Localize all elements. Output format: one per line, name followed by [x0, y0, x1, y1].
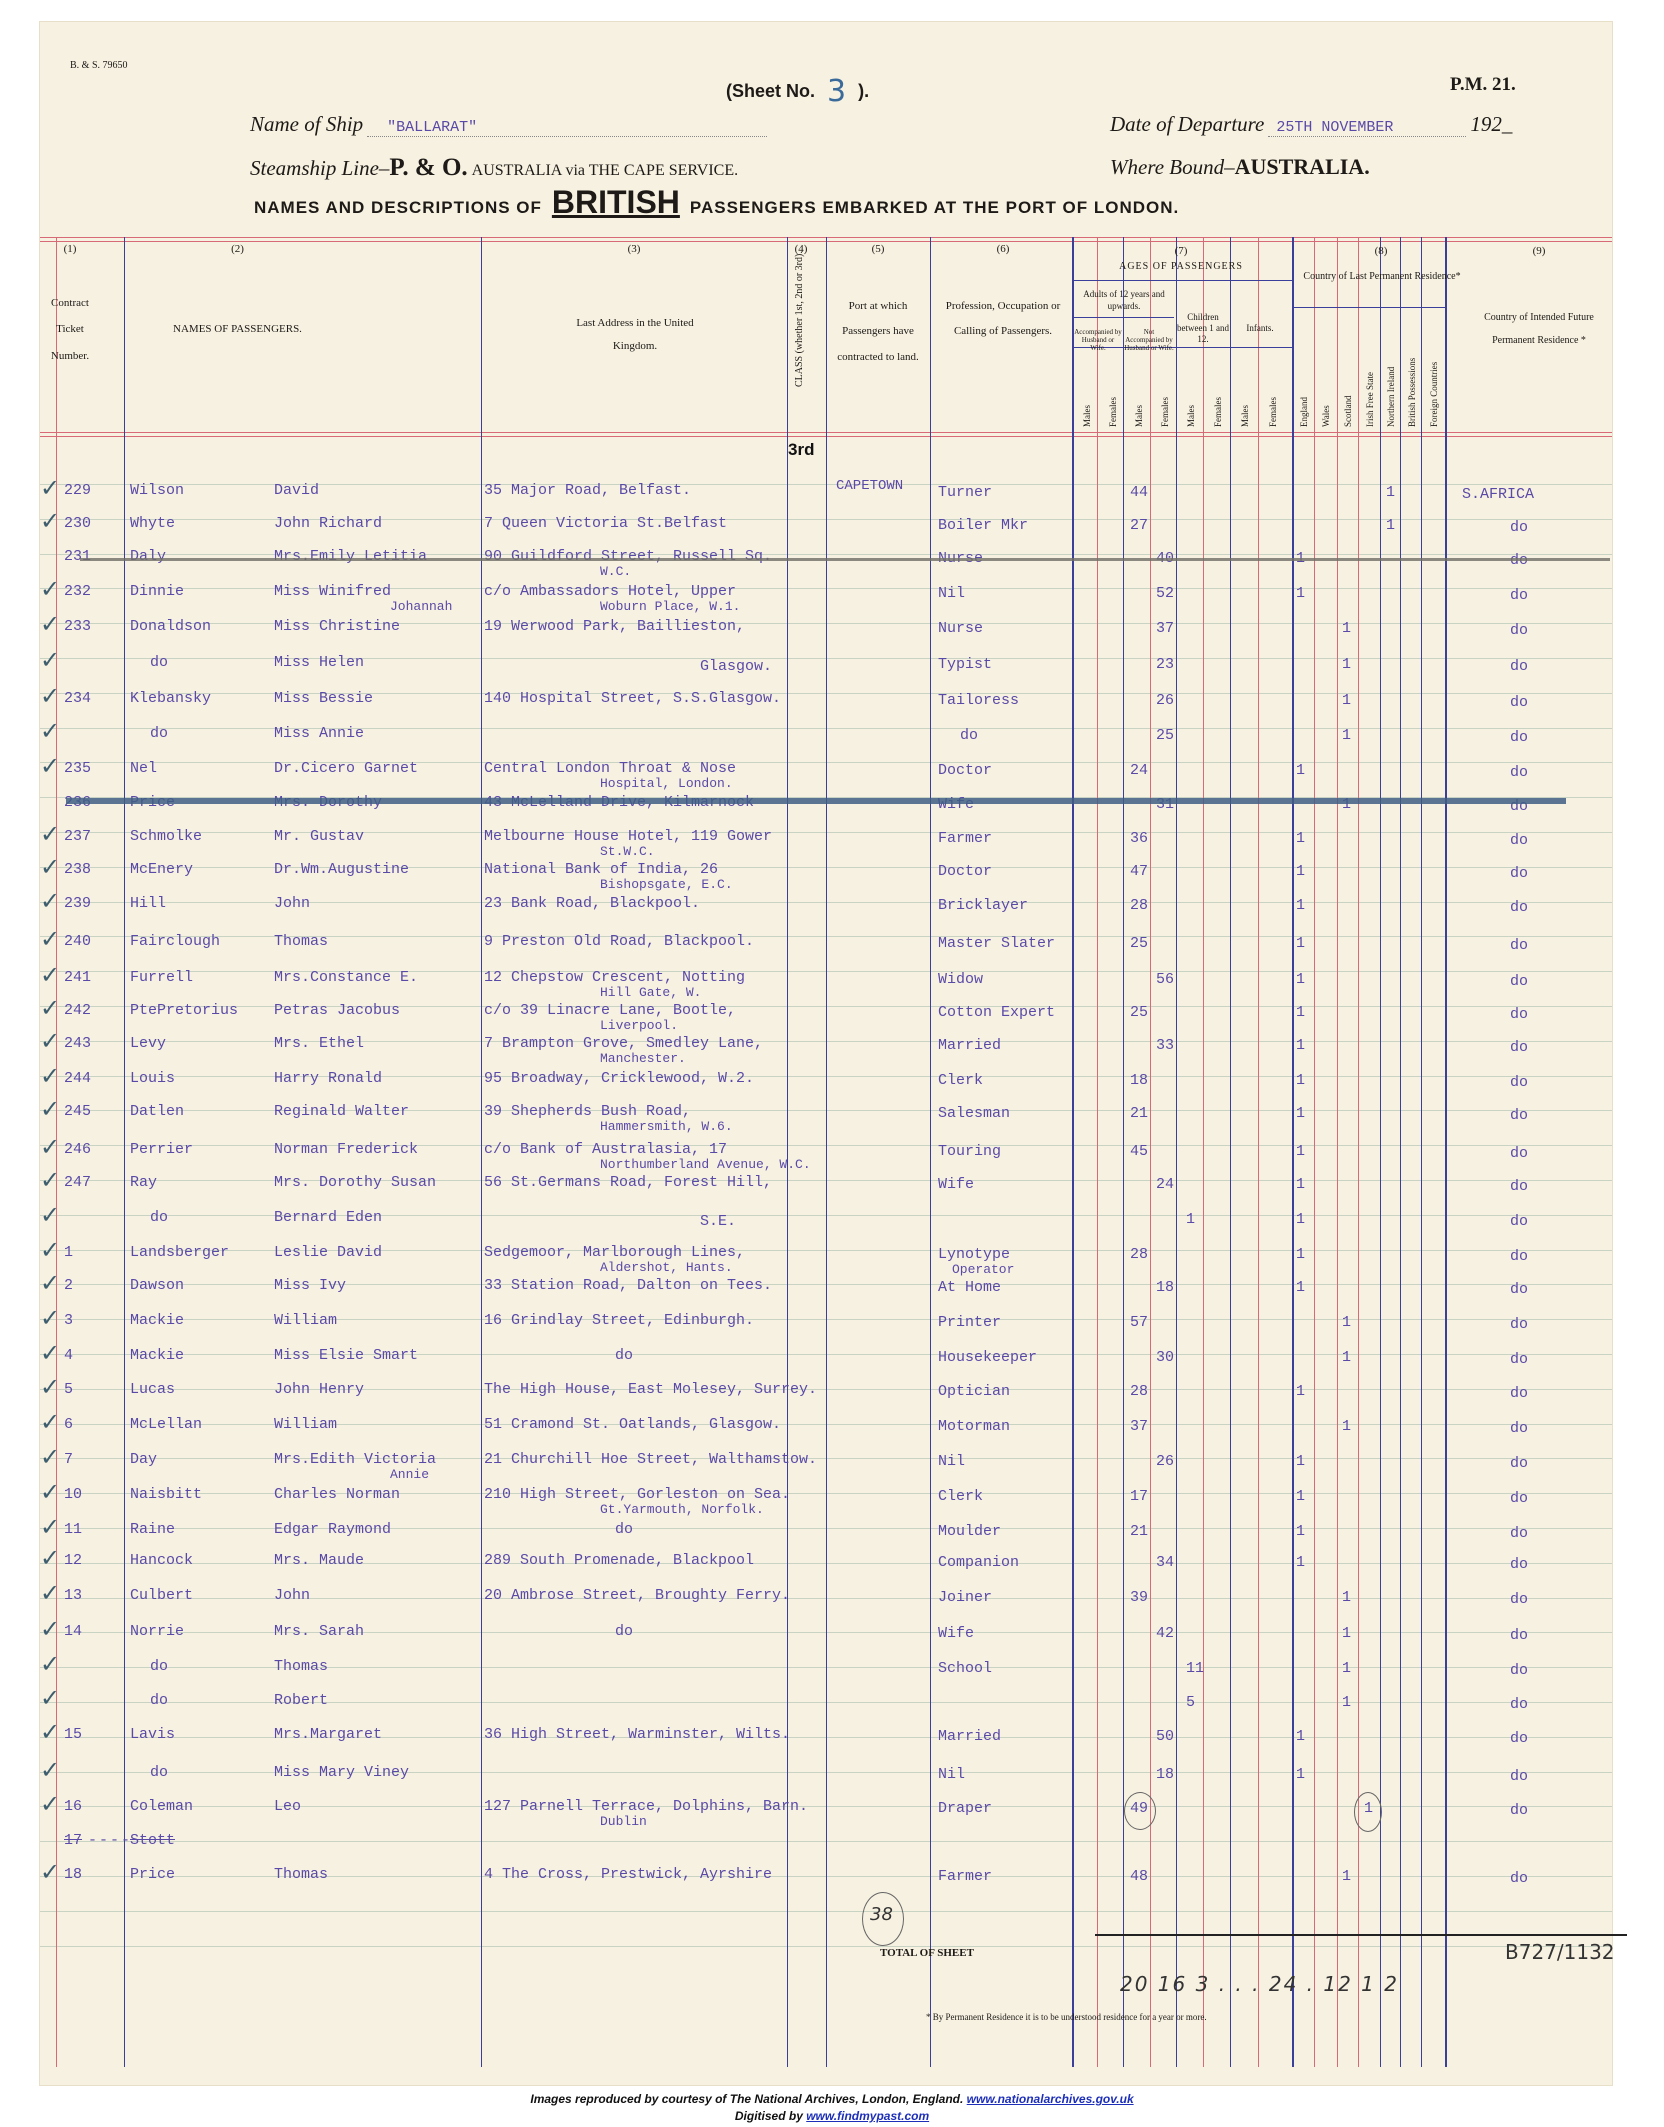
ticket-number: 237	[64, 828, 91, 845]
residence-marker: 1	[1386, 484, 1395, 501]
table-row: ✓242PtePretoriusPetras Jacobusc/o 39 Lin…	[40, 1002, 1612, 1036]
ticket-number: 239	[64, 895, 91, 912]
last-address: 21 Churchill Hoe Street, Walthamstow.	[484, 1451, 817, 1468]
residence-marker: 1	[1296, 1523, 1305, 1540]
archive-reference: B727/1132	[1505, 1940, 1615, 1964]
passenger-age: 33	[1156, 1037, 1174, 1054]
ticket-number: 235	[64, 760, 91, 777]
passenger-given-names: Petras Jacobus	[274, 1002, 400, 1019]
check-mark-icon: ✓	[40, 887, 60, 915]
strike-dashes: ----	[88, 1832, 132, 1849]
table-row: ✓234KlebanskyMiss Bessie140 Hospital Str…	[40, 690, 1612, 724]
passenger-surname: Dinnie	[130, 583, 184, 600]
passenger-age: 26	[1156, 692, 1174, 709]
passenger-surname: do	[150, 725, 168, 742]
table-row: ✓238McEneryDr.Wm.AugustineNational Bank …	[40, 861, 1612, 895]
future-residence: do	[1510, 937, 1528, 954]
col-residence-sub-2: Scotland	[1343, 322, 1353, 427]
passenger-age: 21	[1130, 1105, 1148, 1122]
future-residence: do	[1510, 832, 1528, 849]
col-age-sub-6: Males	[1240, 357, 1250, 427]
passenger-given-names: David	[274, 482, 319, 499]
future-residence: do	[1510, 865, 1528, 882]
check-mark-icon: ✓	[40, 1095, 60, 1123]
residence-marker: 1	[1296, 1004, 1305, 1021]
residence-marker: 1	[1342, 692, 1351, 709]
passenger-surname: Dawson	[130, 1277, 184, 1294]
table-row: ✓240FaircloughThomas9 Preston Old Road, …	[40, 933, 1612, 967]
passenger-surname: Nel	[130, 760, 157, 777]
passenger-age: 57	[1130, 1314, 1148, 1331]
table-row: ✓230WhyteJohn Richard7 Queen Victoria St…	[40, 515, 1612, 549]
check-mark-icon: ✓	[40, 682, 60, 710]
passenger-age: 56	[1156, 971, 1174, 988]
table-row: ✓7DayMrs.Edith VictoriaAnnie21 Churchill…	[40, 1451, 1612, 1485]
form-code: B. & S. 79650	[70, 60, 128, 71]
future-residence: do	[1510, 1556, 1528, 1573]
totals-label: TOTAL OF SHEET	[880, 1947, 974, 1959]
col-age-sub-7: Females	[1268, 357, 1278, 427]
check-mark-icon: ✓	[40, 961, 60, 989]
credit-line-2: Digitised by www.findmypast.com	[0, 2109, 1664, 2123]
passenger-age: 28	[1130, 1383, 1148, 1400]
occupation: Nurse	[938, 620, 983, 637]
last-address-cont: W.C.	[600, 564, 631, 579]
passenger-surname: Levy	[130, 1035, 166, 1052]
where-bound: Where Bound–AUSTRALIA.	[1110, 154, 1370, 180]
last-address-cont: Northumberland Avenue, W.C.	[600, 1157, 811, 1172]
check-mark-icon: ✓	[40, 646, 60, 674]
future-residence: do	[1510, 1316, 1528, 1333]
col-future-residence-header: Country of Intended Future Permanent Res…	[1474, 306, 1604, 352]
passenger-age: 45	[1130, 1143, 1148, 1160]
check-mark-icon: ✓	[40, 1062, 60, 1090]
passenger-surname: Lavis	[130, 1726, 175, 1743]
residence-marker: 1	[1296, 1728, 1305, 1745]
check-mark-icon: ✓	[40, 474, 60, 502]
passenger-surname: Schmolke	[130, 828, 202, 845]
passenger-surname: Landsberger	[130, 1244, 229, 1261]
passenger-age: 36	[1130, 830, 1148, 847]
future-residence: do	[1510, 1627, 1528, 1644]
table-row: ✓3MackieWilliam16 Grindlay Street, Edinb…	[40, 1312, 1612, 1346]
last-address-cont: Hill Gate, W.	[600, 985, 701, 1000]
col-residence-sub-6: Foreign Countries	[1429, 322, 1439, 427]
occupation: Boiler Mkr	[938, 517, 1028, 534]
check-mark-icon: ✓	[40, 1304, 60, 1332]
ticket-number: 238	[64, 861, 91, 878]
ticket-number: 5	[64, 1381, 73, 1398]
passenger-given-names: Miss Winifred	[274, 583, 391, 600]
future-residence: do	[1510, 1248, 1528, 1265]
passenger-given-names: William	[274, 1312, 337, 1329]
check-mark-icon: ✓	[40, 1756, 60, 1784]
last-address: 7 Queen Victoria St.Belfast	[484, 515, 727, 532]
passenger-age: 25	[1156, 727, 1174, 744]
future-residence: do	[1510, 1525, 1528, 1542]
future-residence: do	[1510, 1074, 1528, 1091]
occupation: Printer	[938, 1314, 1001, 1331]
residence-marker: 1	[1342, 1868, 1351, 1885]
passenger-age: 24	[1130, 762, 1148, 779]
ticket-number: 12	[64, 1552, 82, 1569]
passenger-age: 18	[1156, 1279, 1174, 1296]
ticket-number: 1	[64, 1244, 73, 1261]
last-address: Glasgow.	[700, 658, 772, 675]
passenger-surname: Wilson	[130, 482, 184, 499]
occupation: Widow	[938, 971, 983, 988]
table-row: ✓245DatlenReginald Walter39 Shepherds Bu…	[40, 1103, 1612, 1137]
passenger-surname: Donaldson	[130, 618, 211, 635]
passenger-given-names: Mrs. Dorothy Susan	[274, 1174, 436, 1191]
last-address: 12 Chepstow Crescent, Notting	[484, 969, 745, 986]
passenger-surname: PtePretorius	[130, 1002, 238, 1019]
col-names-header: NAMES OF PASSENGERS.	[125, 322, 350, 337]
ship-name: "BALLARAT"	[367, 119, 767, 137]
future-residence: do	[1510, 658, 1528, 675]
passenger-surname: Klebansky	[130, 690, 211, 707]
passenger-given-names: Norman Frederick	[274, 1141, 418, 1158]
residence-marker: 1	[1296, 1143, 1305, 1160]
passenger-given-names: Miss Bessie	[274, 690, 373, 707]
col-occupation-header: Profession, Occupation or Calling of Pas…	[938, 294, 1068, 345]
table-row: ✓229WilsonDavid35 Major Road, Belfast.Tu…	[40, 482, 1612, 516]
residence-marker: 1	[1342, 620, 1351, 637]
passenger-given-names: Thomas	[274, 1866, 328, 1883]
check-mark-icon: ✓	[40, 994, 60, 1022]
passenger-given-names: John Henry	[274, 1381, 364, 1398]
count-annotation: 38	[870, 1904, 893, 1925]
col-port-header: Port at which Passengers have contracted…	[828, 294, 928, 370]
last-address: 51 Cramond St. Oatlands, Glasgow.	[484, 1416, 781, 1433]
occupation: Salesman	[938, 1105, 1010, 1122]
col-address-header: Last Address in the United Kingdom.	[560, 312, 710, 358]
last-address: 20 Ambrose Street, Broughty Ferry.	[484, 1587, 790, 1604]
passenger-given-names: Charles Norman	[274, 1486, 400, 1503]
ticket-number: 245	[64, 1103, 91, 1120]
future-residence: do	[1510, 622, 1528, 639]
passenger-age: 24	[1156, 1176, 1174, 1193]
passenger-given-names: Thomas	[274, 933, 328, 950]
passenger-given-names: Mrs. Maude	[274, 1552, 364, 1569]
residence-marker: 1	[1296, 830, 1305, 847]
residence-marker: 1	[1342, 1418, 1351, 1435]
occupation: School	[938, 1660, 992, 1677]
table-row: ✓doThomasSchool111do	[40, 1658, 1612, 1692]
occupation: Married	[938, 1728, 1001, 1745]
footnote: * By Permanent Residence it is to be und…	[926, 2012, 1207, 2022]
last-address: 95 Broadway, Cricklewood, W.2.	[484, 1070, 754, 1087]
passenger-surname: Coleman	[130, 1798, 193, 1815]
ticket-number: 7	[64, 1451, 73, 1468]
passenger-surname: Hill	[130, 895, 166, 912]
future-residence: do	[1510, 694, 1528, 711]
passenger-age: 18	[1130, 1072, 1148, 1089]
passenger-surname: McLellan	[130, 1416, 202, 1433]
last-address-cont: Hammersmith, W.6.	[600, 1119, 733, 1134]
table-row: ✓241FurrellMrs.Constance E.12 Chepstow C…	[40, 969, 1612, 1003]
occupation: Tailoress	[938, 692, 1019, 709]
ticket-number: 10	[64, 1486, 82, 1503]
occupation: Optician	[938, 1383, 1010, 1400]
residence-marker: 1	[1342, 727, 1351, 744]
age-circle	[1124, 1792, 1156, 1830]
credit-line-1: Images reproduced by courtesy of The Nat…	[0, 2092, 1664, 2106]
residence-marker: 1	[1296, 863, 1305, 880]
passenger-surname: do	[150, 1764, 168, 1781]
passenger-surname: Naisbitt	[130, 1486, 202, 1503]
table-row: ✓6McLellanWilliam51 Cramond St. Oatlands…	[40, 1416, 1612, 1450]
findmypast-link[interactable]: www.findmypast.com	[806, 2109, 929, 2123]
future-residence: do	[1510, 587, 1528, 604]
ticket-number: 229	[64, 482, 91, 499]
ticket-number: 11	[64, 1521, 82, 1538]
table-row: ✓10NaisbittCharles Norman210 High Street…	[40, 1486, 1612, 1520]
passenger-given-names: Miss Christine	[274, 618, 400, 635]
passenger-age: 11	[1186, 1660, 1204, 1677]
check-mark-icon: ✓	[40, 1027, 60, 1055]
occupation: Nil	[938, 585, 965, 602]
future-residence: do	[1510, 1420, 1528, 1437]
table-row: ✓4MackieMiss Elsie SmartdoHousekeeper301…	[40, 1347, 1612, 1381]
check-mark-icon: ✓	[40, 1544, 60, 1572]
passenger-given-names: Reginald Walter	[274, 1103, 409, 1120]
residence-marker: 1	[1296, 935, 1305, 952]
last-address: National Bank of India, 26	[484, 861, 718, 878]
passenger-age: 42	[1156, 1625, 1174, 1642]
table-row: ✓doMiss Mary VineyNil181do	[40, 1764, 1612, 1798]
check-mark-icon: ✓	[40, 752, 60, 780]
last-address-cont: Dublin	[600, 1814, 647, 1829]
ticket-number: 231	[64, 548, 91, 565]
ticket-number: 232	[64, 583, 91, 600]
passenger-surname: do	[150, 1692, 168, 1709]
last-address: 56 St.Germans Road, Forest Hill,	[484, 1174, 772, 1191]
check-mark-icon: ✓	[40, 1269, 60, 1297]
last-address-cont: Bishopsgate, E.C.	[600, 877, 733, 892]
passenger-surname: Norrie	[130, 1623, 184, 1640]
ticket-number: 234	[64, 690, 91, 707]
check-mark-icon: ✓	[40, 1166, 60, 1194]
totals-values: 20 16 3 . . . 24 . 12 1 2	[1120, 1972, 1399, 1996]
future-residence: do	[1510, 1662, 1528, 1679]
passenger-surname: do	[150, 1658, 168, 1675]
last-address-cont: Aldershot, Hants.	[600, 1260, 733, 1275]
passenger-surname: Raine	[130, 1521, 175, 1538]
residence-marker: 1	[1296, 1072, 1305, 1089]
passenger-surname: Ray	[130, 1174, 157, 1191]
future-residence: do	[1510, 1006, 1528, 1023]
occupation: Bricklayer	[938, 897, 1028, 914]
passenger-surname: Whyte	[130, 515, 175, 532]
future-residence: do	[1510, 519, 1528, 536]
passenger-age: 28	[1130, 1246, 1148, 1263]
last-address: Melbourne House Hotel, 119 Gower	[484, 828, 772, 845]
ticket-number: 241	[64, 969, 91, 986]
residence-marker: 1	[1296, 1176, 1305, 1193]
passenger-age: 26	[1156, 1453, 1174, 1470]
passenger-surname: Daly	[130, 548, 166, 565]
future-residence: do	[1510, 1802, 1528, 1819]
ticket-number: 244	[64, 1070, 91, 1087]
last-address-cont: St.W.C.	[600, 844, 655, 859]
table-row: ✓235NelDr.Cicero GarnetCentral London Th…	[40, 760, 1612, 794]
residence-marker: 1	[1296, 1488, 1305, 1505]
departure-date: 25TH NOVEMBER	[1268, 119, 1466, 137]
col-residence-sub-1: Wales	[1321, 322, 1331, 427]
col-residence-header: Country of Last Permanent Residence*	[1302, 267, 1462, 286]
check-mark-icon: ✓	[40, 1408, 60, 1436]
page-title: NAMES AND DESCRIPTIONS OFBRITISHPASSENGE…	[254, 184, 1179, 221]
passenger-age: 25	[1130, 1004, 1148, 1021]
ticket-number: 13	[64, 1587, 82, 1604]
sheet-number: (Sheet No.3).	[726, 74, 869, 109]
passenger-given-names: Miss Annie	[274, 725, 364, 742]
col-ages-header: AGES OF PASSENGERS	[1072, 260, 1290, 274]
residence-marker: 1	[1296, 1766, 1305, 1783]
last-address: S.E.	[700, 1213, 736, 1230]
passenger-age: 44	[1130, 484, 1148, 501]
check-mark-icon: ✓	[40, 925, 60, 953]
passenger-given-names: Bernard Eden	[274, 1209, 382, 1226]
last-address: 16 Grindlay Street, Edinburgh.	[484, 1312, 754, 1329]
passenger-surname: Louis	[130, 1070, 175, 1087]
departure-line: Date of Departure 25TH NOVEMBER 192_	[1110, 112, 1512, 137]
col-age-sub-5: Females	[1213, 357, 1223, 427]
passenger-given-names-cont: Johannah	[390, 599, 452, 614]
passenger-age: 17	[1130, 1488, 1148, 1505]
nationalarchives-link[interactable]: www.nationalarchives.gov.uk	[967, 2092, 1134, 2106]
passenger-given-names: Dr.Cicero Garnet	[274, 760, 418, 777]
passenger-age: 27	[1130, 517, 1148, 534]
table-row: ✓11RaineEdgar RaymonddoMoulder211do	[40, 1521, 1612, 1555]
ticket-number: 240	[64, 933, 91, 950]
passenger-surname: Mackie	[130, 1312, 184, 1329]
residence-marker: 1	[1296, 762, 1305, 779]
passenger-age: 52	[1156, 585, 1174, 602]
passenger-given-names: Harry Ronald	[274, 1070, 382, 1087]
future-residence: do	[1510, 973, 1528, 990]
passenger-given-names: Mrs.Edith Victoria	[274, 1451, 436, 1468]
col-residence-sub-4: Northern Ireland	[1386, 322, 1396, 427]
col-residence-sub-5: British Possessions	[1407, 322, 1417, 427]
passenger-surname: do	[150, 1209, 168, 1226]
residence-marker: 1	[1296, 1211, 1305, 1228]
last-address: do	[615, 1521, 633, 1538]
ticket-number: 4	[64, 1347, 73, 1364]
occupation: do	[960, 727, 978, 744]
last-address: 36 High Street, Warminster, Wilts.	[484, 1726, 790, 1743]
future-residence: do	[1510, 1039, 1528, 1056]
check-mark-icon: ✓	[40, 1236, 60, 1264]
future-residence: S.AFRICA	[1462, 486, 1534, 503]
passenger-surname: Stott	[130, 1832, 175, 1849]
future-residence: do	[1510, 1178, 1528, 1195]
passenger-age: 39	[1130, 1589, 1148, 1606]
ticket-number: 243	[64, 1035, 91, 1052]
col-age-sub-4: Males	[1186, 357, 1196, 427]
passenger-given-names: Miss Helen	[274, 654, 364, 671]
passenger-surname: do	[150, 654, 168, 671]
occupation: Turner	[938, 484, 992, 501]
check-mark-icon: ✓	[40, 717, 60, 745]
table-row: ✓12HancockMrs. Maude289 South Promenade,…	[40, 1552, 1612, 1586]
last-address-cont: Liverpool.	[600, 1018, 678, 1033]
passenger-surname: Lucas	[130, 1381, 175, 1398]
occupation: At Home	[938, 1279, 1001, 1296]
occupation: Motorman	[938, 1418, 1010, 1435]
residence-marker: 1	[1342, 1349, 1351, 1366]
passenger-given-names: John Richard	[274, 515, 382, 532]
residence-marker: 1	[1296, 1279, 1305, 1296]
check-mark-icon: ✓	[40, 1373, 60, 1401]
table-row: ✓14NorrieMrs. SarahdoWife421do	[40, 1623, 1612, 1657]
table-row: ✓1LandsbergerLeslie DavidSedgemoor, Marl…	[40, 1244, 1612, 1278]
check-mark-icon: ✓	[40, 1201, 60, 1229]
table-row: ✓18PriceThomas4 The Cross, Prestwick, Ay…	[40, 1866, 1612, 1900]
check-mark-icon: ✓	[40, 1650, 60, 1678]
occupation-cont: Operator	[952, 1262, 1014, 1277]
class-value: 3rd	[788, 440, 814, 460]
passenger-given-names: Mr. Gustav	[274, 828, 364, 845]
ticket-number: 3	[64, 1312, 73, 1329]
form-reference: P.M. 21.	[1450, 74, 1516, 96]
last-address: 90 Guildford Street, Russell Sq.	[484, 548, 772, 565]
passenger-given-names-cont: Annie	[390, 1467, 429, 1482]
passenger-surname: Furrell	[130, 969, 193, 986]
passenger-given-names: Leslie David	[274, 1244, 382, 1261]
last-address-cont: Woburn Place, W.1.	[600, 599, 740, 614]
table-row: ✓244LouisHarry Ronald95 Broadway, Crickl…	[40, 1070, 1612, 1104]
residence-marker: 1	[1296, 1453, 1305, 1470]
occupation: Housekeeper	[938, 1349, 1037, 1366]
ticket-number: 230	[64, 515, 91, 532]
table-row: ✓237SchmolkeMr. GustavMelbourne House Ho…	[40, 828, 1612, 862]
check-mark-icon: ✓	[40, 820, 60, 848]
table-row: ✓5LucasJohn HenryThe High House, East Mo…	[40, 1381, 1612, 1415]
residence-marker: 1	[1296, 1105, 1305, 1122]
last-address: 39 Shepherds Bush Road,	[484, 1103, 691, 1120]
table-row: ✓13CulbertJohn20 Ambrose Street, Brought…	[40, 1587, 1612, 1621]
passenger-given-names: Thomas	[274, 1658, 328, 1675]
occupation: Joiner	[938, 1589, 992, 1606]
residence-marker: 1	[1342, 1314, 1351, 1331]
ticket-number: 246	[64, 1141, 91, 1158]
future-residence: do	[1510, 899, 1528, 916]
residence-marker: 1	[1296, 1554, 1305, 1571]
future-residence: do	[1510, 1385, 1528, 1402]
occupation: Cotton Expert	[938, 1004, 1055, 1021]
future-residence: do	[1510, 764, 1528, 781]
check-mark-icon: ✓	[40, 1513, 60, 1541]
passenger-given-names: William	[274, 1416, 337, 1433]
future-residence: do	[1510, 1591, 1528, 1608]
residence-marker: 1	[1296, 1383, 1305, 1400]
future-residence: do	[1510, 1455, 1528, 1472]
check-mark-icon: ✓	[40, 1443, 60, 1471]
ticket-number: 247	[64, 1174, 91, 1191]
passenger-given-names: Mrs. Ethel	[274, 1035, 364, 1052]
check-mark-icon: ✓	[40, 610, 60, 638]
occupation: Wife	[938, 1176, 974, 1193]
occupation: Master Slater	[938, 935, 1055, 952]
passenger-surname: Day	[130, 1451, 157, 1468]
table-row: ✓doMiss HelenGlasgow.Typist231do	[40, 654, 1612, 688]
occupation: Nil	[938, 1766, 965, 1783]
residence-marker: 1	[1296, 585, 1305, 602]
passenger-given-names: John	[274, 895, 310, 912]
residence-marker: 1	[1342, 1625, 1351, 1642]
